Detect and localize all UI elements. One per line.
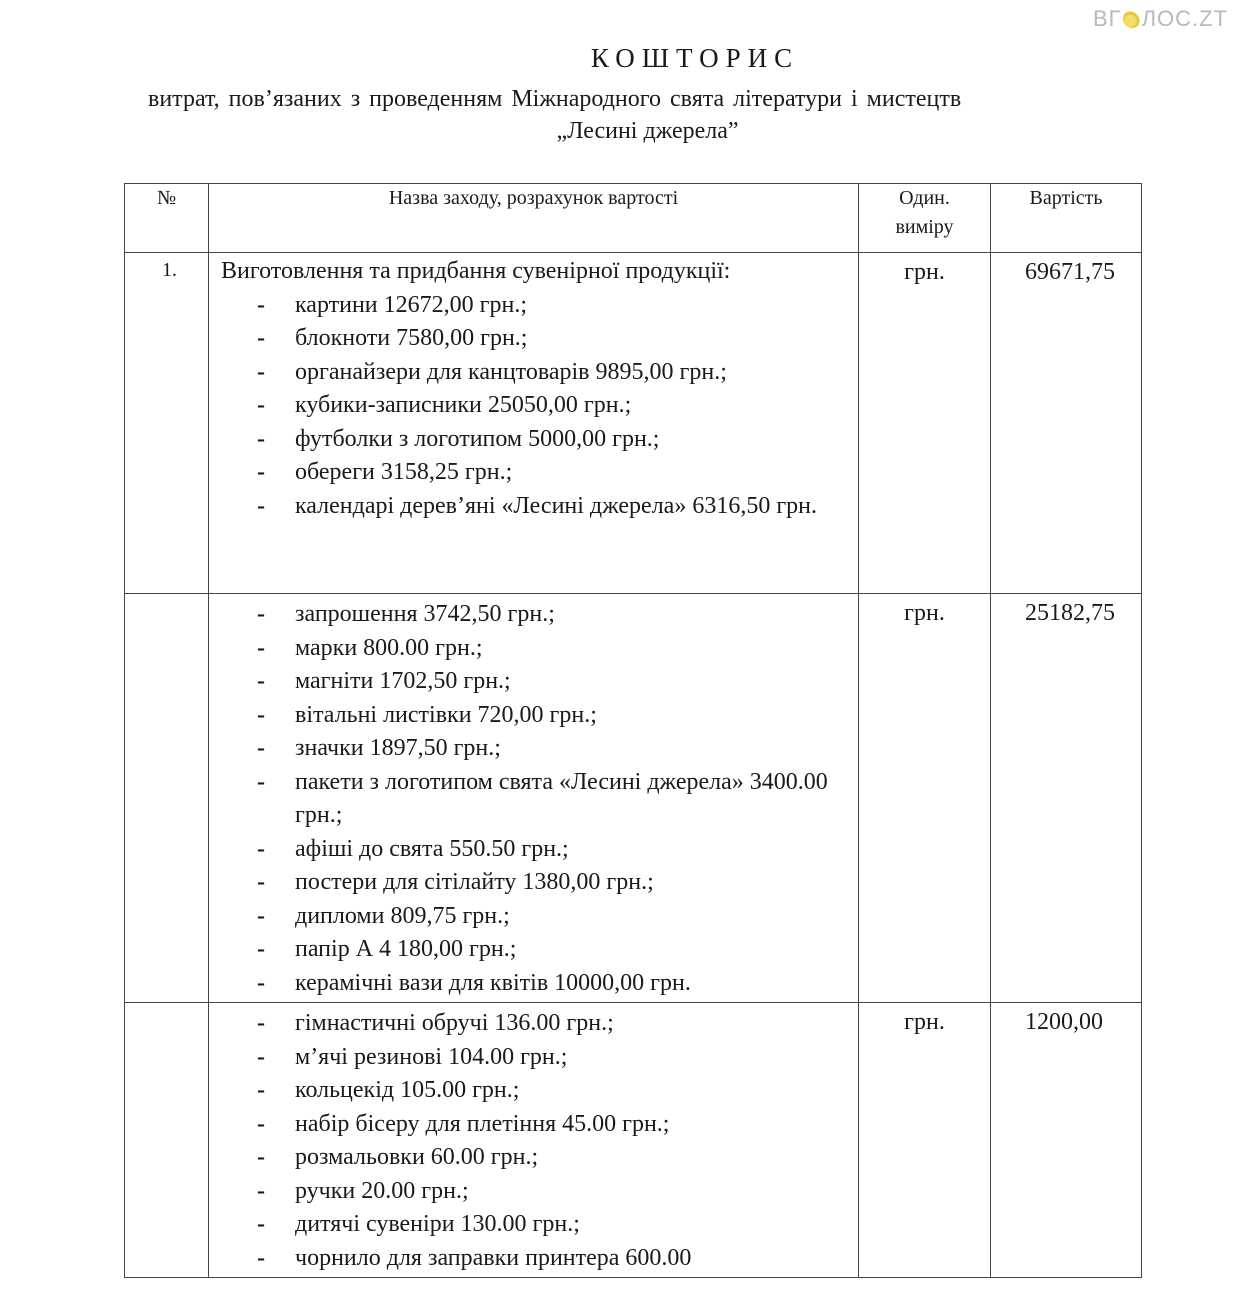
row-cost: 25182,75 [991, 594, 1142, 1003]
list-item: м’ячі резинові 104.00 грн.; [257, 1041, 855, 1075]
list-item: чорнило для заправки принтера 600.00 [257, 1242, 855, 1276]
row-unit: грн. [859, 594, 991, 1003]
row-number: 1. [125, 253, 209, 594]
list-item: значки 1897,50 грн.; [257, 732, 855, 766]
table-row: 1.Виготовлення та придбання сувенірної п… [125, 253, 1142, 594]
table-header-row: № Назва заходу, розрахунок вартості Один… [125, 184, 1142, 253]
list-item: обереги 3158,25 грн.; [257, 456, 855, 490]
list-item: календарі дерев’яні «Лесині джерела» 631… [257, 490, 855, 524]
table-row: запрошення 3742,50 грн.;марки 800.00 грн… [125, 594, 1142, 1003]
list-item: дитячі сувеніри 130.00 грн.; [257, 1208, 855, 1242]
item-list: запрошення 3742,50 грн.;марки 800.00 грн… [221, 598, 858, 1000]
list-item: розмальовки 60.00 грн.; [257, 1141, 855, 1175]
header-unit-line2: виміру [895, 216, 953, 238]
list-item: дипломи 809,75 грн.; [257, 900, 855, 934]
header-unit: Один. виміру [859, 184, 991, 253]
list-item: вітальні листівки 720,00 грн.; [257, 699, 855, 733]
list-item: постери для сітілайту 1380,00 грн.; [257, 866, 855, 900]
header-number: № [125, 184, 209, 253]
document-subtitle: витрат, пов’язаних з проведенням Міжнаро… [148, 86, 961, 113]
row-description: запрошення 3742,50 грн.;марки 800.00 грн… [209, 594, 859, 1003]
list-item: афіші до свята 550.50 грн.; [257, 833, 855, 867]
sound-wave-icon [1123, 10, 1141, 28]
list-item: запрошення 3742,50 грн.; [257, 598, 855, 632]
row-cost: 69671,75 [991, 253, 1142, 594]
document-title: КОШТОРИС [0, 43, 1240, 74]
list-item: керамічні вази для квітів 10000,00 грн. [257, 967, 855, 1001]
header-cost: Вартість [991, 184, 1142, 253]
row-number [125, 594, 209, 1003]
list-item: папір А 4 180,00 грн.; [257, 933, 855, 967]
table-row: гімнастичні обручі 136.00 грн.;м’ячі рез… [125, 1003, 1142, 1278]
list-item: марки 800.00 грн.; [257, 632, 855, 666]
estimate-table: № Назва заходу, розрахунок вартості Один… [124, 183, 1142, 1278]
list-item: ручки 20.00 грн.; [257, 1175, 855, 1209]
list-item: гімнастичні обручі 136.00 грн.; [257, 1007, 855, 1041]
list-item: картини 12672,00 грн.; [257, 289, 855, 323]
row-unit: грн. [859, 253, 991, 594]
row-unit: грн. [859, 1003, 991, 1278]
row-cost: 1200,00 [991, 1003, 1142, 1278]
item-list: гімнастичні обручі 136.00 грн.;м’ячі рез… [221, 1007, 858, 1275]
list-item: блокноти 7580,00 грн.; [257, 322, 855, 356]
header-unit-line1: Один. [899, 187, 950, 209]
row-heading: Виготовлення та придбання сувенірної про… [221, 255, 741, 289]
watermark-text-left: ВГ [1093, 6, 1122, 32]
row-description: гімнастичні обручі 136.00 грн.;м’ячі рез… [209, 1003, 859, 1278]
list-item: органайзери для канцтоварів 9895,00 грн.… [257, 356, 855, 390]
list-item: кубики-записники 25050,00 грн.; [257, 389, 855, 423]
watermark-text-right: ЛОС.ZT [1142, 6, 1228, 32]
list-item: магніти 1702,50 грн.; [257, 665, 855, 699]
list-item: пакети з логотипом свята «Лесині джерела… [257, 766, 855, 833]
row-description: Виготовлення та придбання сувенірної про… [209, 253, 859, 594]
item-list: картини 12672,00 грн.;блокноти 7580,00 г… [221, 289, 858, 524]
header-name: Назва заходу, розрахунок вартості [209, 184, 859, 253]
row-number [125, 1003, 209, 1278]
site-watermark: ВГ ЛОС.ZT [1093, 6, 1228, 32]
document-subtitle-festival: „Лесині джерела” [0, 118, 1240, 145]
list-item: футболки з логотипом 5000,00 грн.; [257, 423, 855, 457]
list-item: набір бісеру для плетіння 45.00 грн.; [257, 1108, 855, 1142]
list-item: кольцекід 105.00 грн.; [257, 1074, 855, 1108]
